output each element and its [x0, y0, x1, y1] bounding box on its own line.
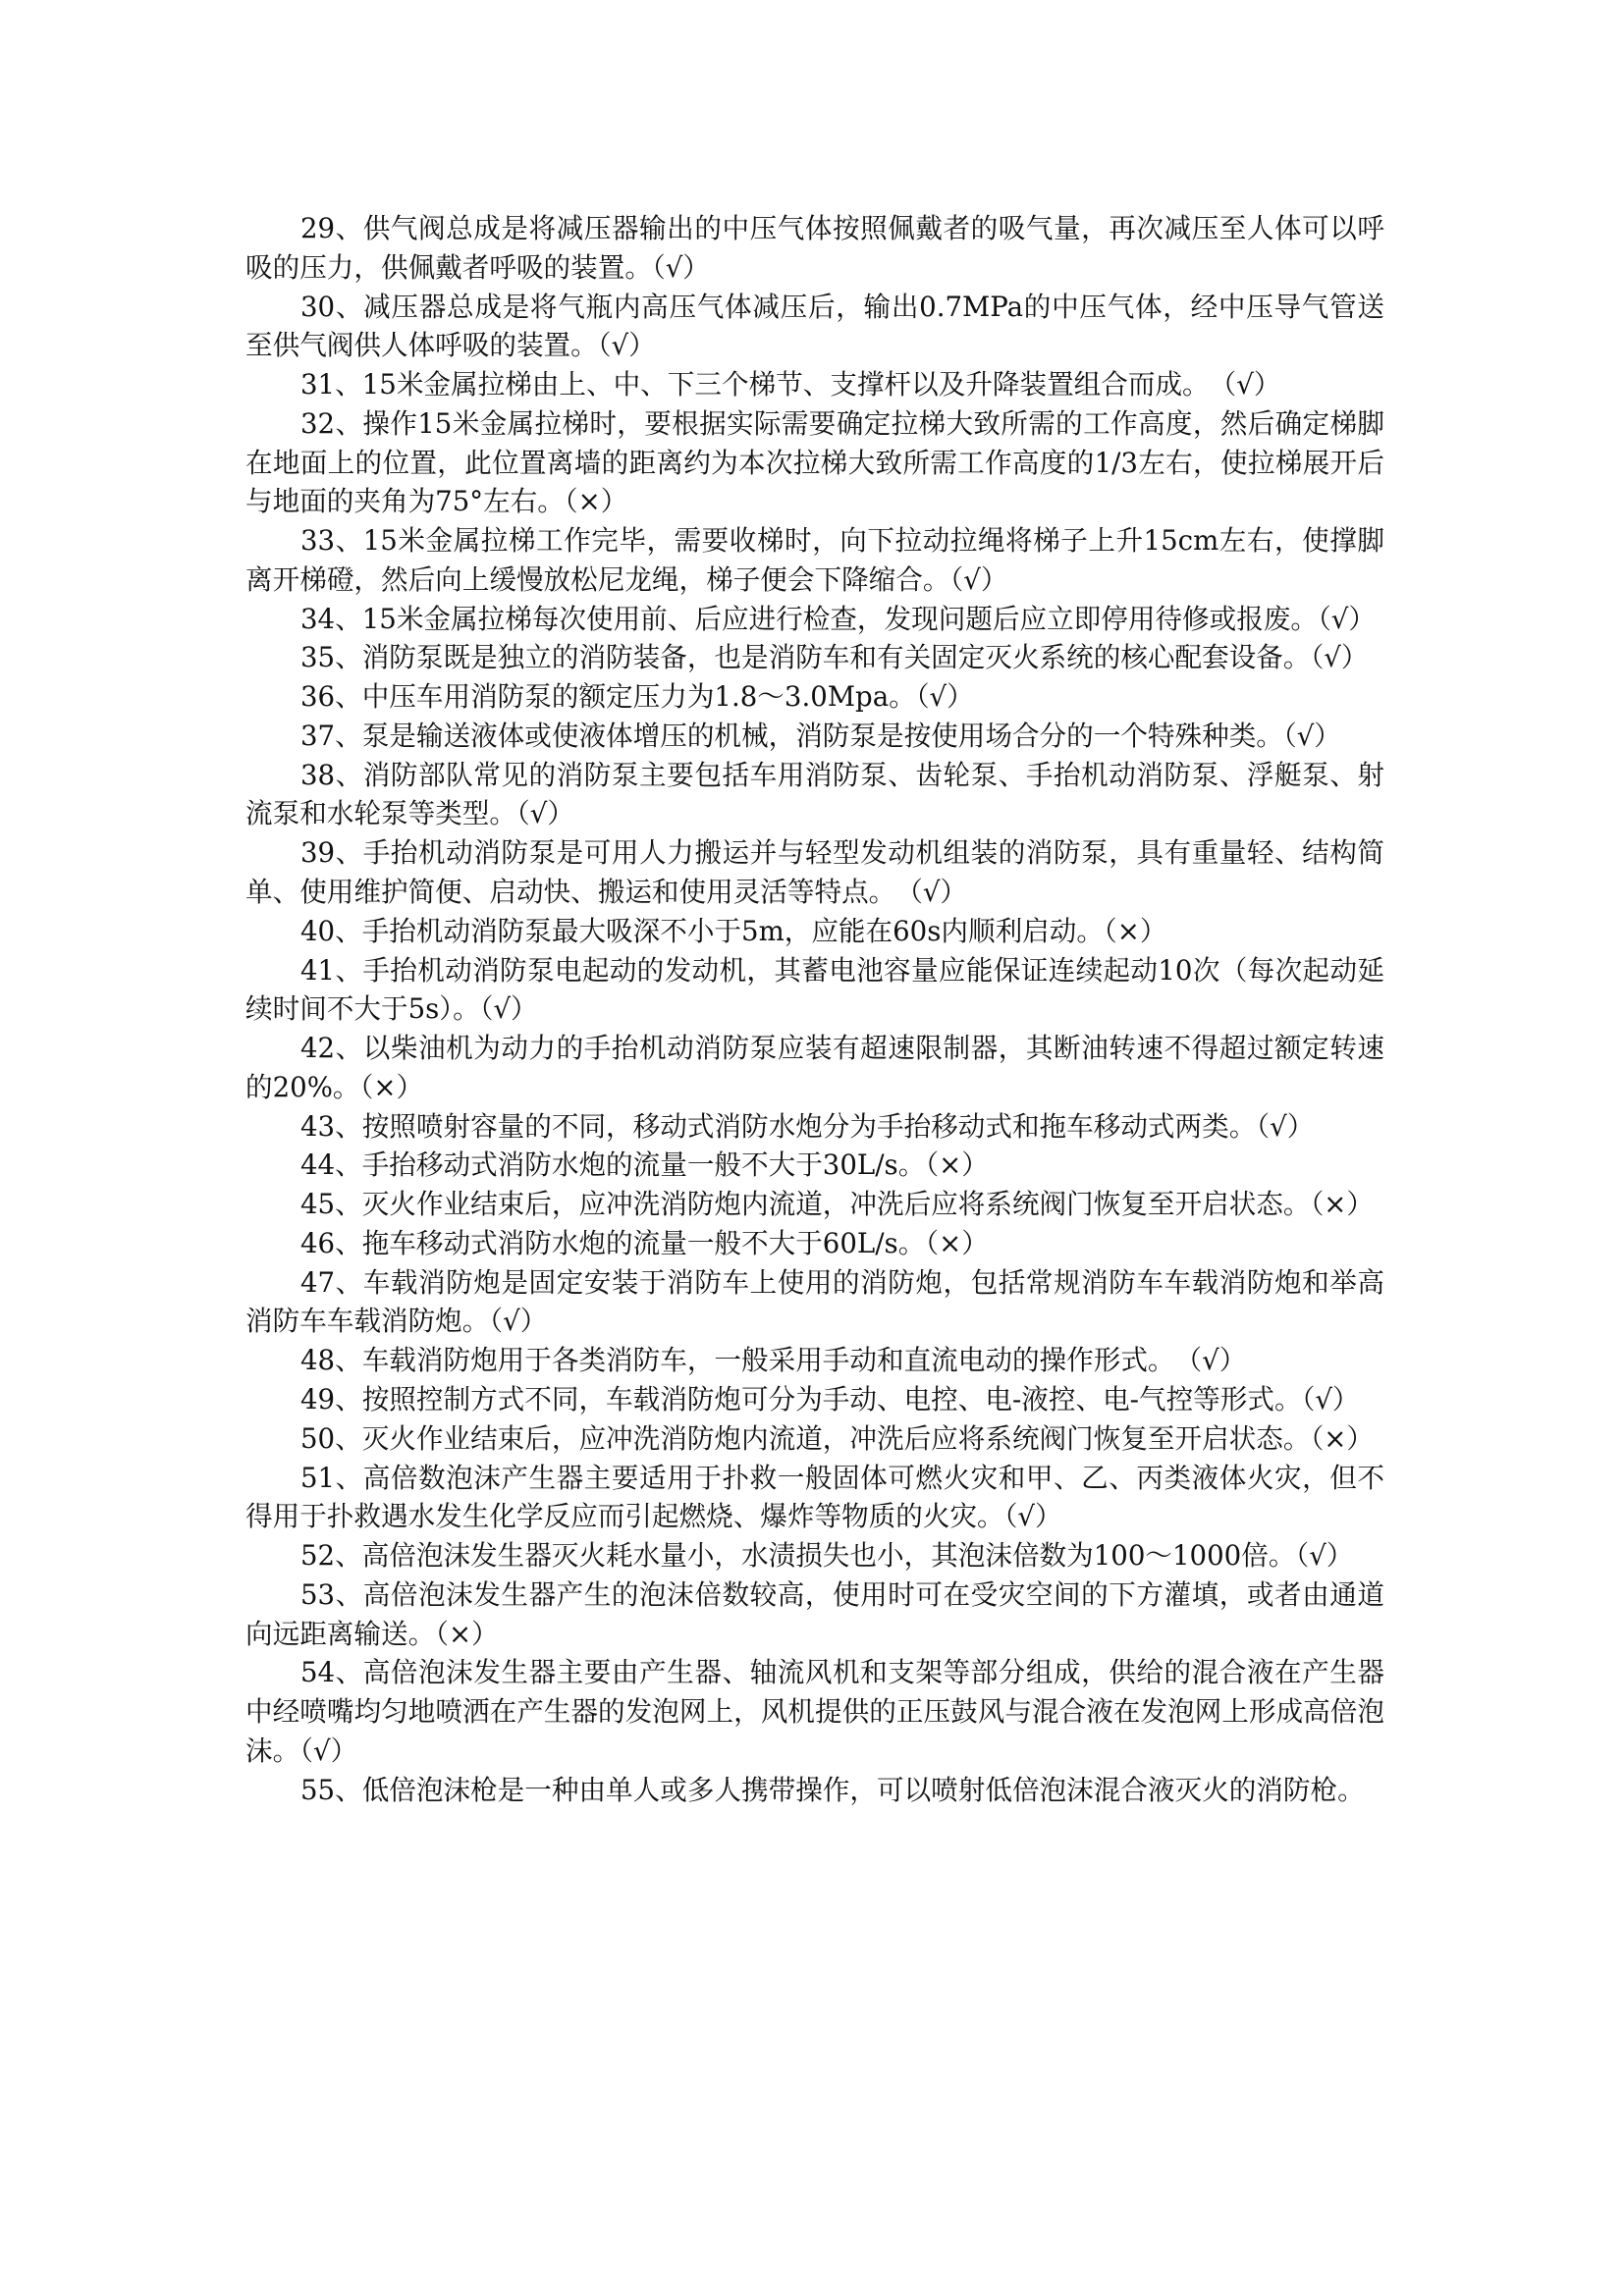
answer-mark: （√）	[1188, 1344, 1246, 1376]
answer-mark: （√）	[1295, 1539, 1353, 1572]
question-text: 38、消防部队常见的消防泵主要包括车用消防泵、齿轮泵、手抬机动消防泵、浮艇泵、射…	[245, 759, 1384, 830]
question-item-31: 31、15米金属拉梯由上、中、下三个梯节、支撑杆以及升降装置组合而成。 （√）	[245, 365, 1384, 404]
question-text: 29、供气阀总成是将减压器输出的中压气体按照佩戴者的吸气量，再次减压至人体可以呼…	[245, 212, 1384, 284]
question-item-46: 46、拖车移动式消防水炮的流量一般不大于60L/s。（×）	[245, 1224, 1384, 1263]
question-item-51: 51、高倍数泡沫产生器主要适用于扑救一般固体可燃火灾和甲、乙、丙类液体火灾，但不…	[245, 1459, 1384, 1537]
question-text: 33、15米金属拉梯工作完毕，需要收梯时，向下拉动拉绳将梯子上升15cm左右，使…	[245, 524, 1384, 596]
answer-mark: （√）	[480, 992, 538, 1025]
question-text: 54、高倍泡沫发生器主要由产生器、轴流风机和支架等部分组成，供给的混合液在产生器…	[245, 1656, 1384, 1767]
answer-mark: （×）	[1311, 1422, 1375, 1455]
question-text: 40、手抬机动消防泵最大吸深不小于5m，应能在60s内顺利启动。	[300, 915, 1104, 947]
answer-mark: （×）	[925, 1227, 989, 1259]
question-text: 55、低倍泡沫枪是一种由单人或多人携带操作，可以喷射低倍泡沫混合液灭火的消防枪。	[300, 1774, 1365, 1806]
question-item-54: 54、高倍泡沫发生器主要由产生器、轴流风机和支架等部分组成，供给的混合液在产生器…	[245, 1653, 1384, 1770]
answer-mark: （×）	[1311, 1188, 1375, 1220]
question-item-30: 30、减压器总成是将气瓶内高压气体减压后，输出0.7MPa的中压气体，经中压导气…	[245, 288, 1384, 366]
question-item-42: 42、以柴油机为动力的手抬机动消防泵应装有超速限制器，其断油转速不得超过额定转速…	[245, 1029, 1384, 1107]
question-item-55: 55、低倍泡沫枪是一种由单人或多人携带操作，可以喷射低倍泡沫混合液灭火的消防枪。	[245, 1771, 1384, 1810]
question-text: 39、手抬机动消防泵是可用人力搬运并与轻型发动机组装的消防泵，具有重量轻、结构简…	[245, 836, 1384, 908]
answer-mark: （×）	[1104, 915, 1167, 947]
question-item-43: 43、按照喷射容量的不同，移动式消防水炮分为手抬移动式和拖车移动式两类。（√）	[245, 1107, 1384, 1147]
question-text: 37、泵是输送液体或使液体增压的机械，消防泵是按使用场合分的一个特殊种类。	[300, 720, 1283, 752]
answer-mark: （√）	[299, 1735, 357, 1767]
answer-mark: （√）	[1004, 1500, 1062, 1532]
question-item-36: 36、中压车用消防泵的额定压力为1.8～3.0Mpa。（√）	[245, 677, 1384, 717]
question-item-37: 37、泵是输送液体或使液体增压的机械，消防泵是按使用场合分的一个特殊种类。（√）	[245, 717, 1384, 756]
question-item-33: 33、15米金属拉梯工作完毕，需要收梯时，向下拉动拉绳将梯子上升15cm左右，使…	[245, 521, 1384, 600]
question-item-32: 32、操作15米金属拉梯时，要根据实际需要确定拉梯大致所需的工作高度，然后确定梯…	[245, 404, 1384, 521]
question-item-44: 44、手抬移动式消防水炮的流量一般不大于30L/s。（×）	[245, 1146, 1384, 1185]
question-text: 53、高倍泡沫发生器产生的泡沫倍数较高，使用时可在受灾空间的下方灌填，或者由通道…	[245, 1578, 1384, 1650]
answer-mark: （×）	[925, 1148, 989, 1181]
question-text: 45、灭火作业结束后，应冲洗消防炮内流道，冲洗后应将系统阀门恢复至开启状态。	[300, 1188, 1311, 1220]
question-text: 52、高倍泡沫发生器灭火耗水量小，水渍损失也小，其泡沫倍数为100～1000倍。	[300, 1539, 1295, 1572]
answer-mark: （√）	[916, 680, 974, 713]
question-item-40: 40、手抬机动消防泵最大吸深不小于5m，应能在60s内顺利启动。（×）	[245, 912, 1384, 951]
question-text: 51、高倍数泡沫产生器主要适用于扑救一般固体可燃火灾和甲、乙、丙类液体火灾，但不…	[245, 1462, 1384, 1533]
answer-mark: （√）	[1222, 368, 1280, 400]
answer-mark: （×）	[360, 1071, 424, 1103]
question-text: 43、按照喷射容量的不同，移动式消防水炮分为手抬移动式和拖车移动式两类。	[300, 1110, 1256, 1143]
answer-mark: （√）	[909, 876, 967, 908]
question-text: 36、中压车用消防泵的额定压力为1.8～3.0Mpa。	[300, 680, 916, 713]
question-item-50: 50、灭火作业结束后，应冲洗消防炮内流道，冲洗后应将系统阀门恢复至开启状态。（×…	[245, 1419, 1384, 1459]
question-item-35: 35、消防泵既是独立的消防装备，也是消防车和有关固定灭火系统的核心配套设备。（√…	[245, 638, 1384, 677]
answer-mark: （√）	[598, 329, 656, 361]
question-text: 50、灭火作业结束后，应冲洗消防炮内流道，冲洗后应将系统阀门恢复至开启状态。	[300, 1422, 1311, 1455]
question-text: 46、拖车移动式消防水炮的流量一般不大于60L/s。	[300, 1227, 925, 1259]
question-item-29: 29、供气阀总成是将减压器输出的中压气体按照佩戴者的吸气量，再次减压至人体可以呼…	[245, 209, 1384, 288]
document-page: 29、供气阀总成是将减压器输出的中压气体按照佩戴者的吸气量，再次减压至人体可以呼…	[245, 209, 1384, 1809]
question-item-39: 39、手抬机动消防泵是可用人力搬运并与轻型发动机组装的消防泵，具有重量轻、结构简…	[245, 833, 1384, 912]
answer-mark: （√）	[489, 1305, 547, 1337]
question-text: 34、15米金属拉梯每次使用前、后应进行检查，发现问题后应立即停用待修或报废。	[300, 603, 1318, 635]
question-item-53: 53、高倍泡沫发生器产生的泡沫倍数较高，使用时可在受灾空间的下方灌填，或者由通道…	[245, 1575, 1384, 1654]
answer-mark: （√）	[516, 797, 574, 829]
question-item-34: 34、15米金属拉梯每次使用前、后应进行检查，发现问题后应立即停用待修或报废。（…	[245, 600, 1384, 639]
question-item-41: 41、手抬机动消防泵电起动的发动机，其蓄电池容量应能保证连续起动10次（每次起动…	[245, 951, 1384, 1030]
question-text: 44、手抬移动式消防水炮的流量一般不大于30L/s。	[300, 1148, 925, 1181]
question-item-47: 47、车载消防炮是固定安装于消防车上使用的消防炮，包括常规消防车车载消防炮和举高…	[245, 1263, 1384, 1342]
answer-mark: （×）	[435, 1618, 499, 1650]
question-text: 49、按照控制方式不同，车载消防炮可分为手动、电控、电-液控、电-气控等形式。	[300, 1383, 1302, 1415]
question-text: 30、减压器总成是将气瓶内高压气体减压后，输出0.7MPa的中压气体，经中压导气…	[245, 291, 1384, 362]
question-item-45: 45、灭火作业结束后，应冲洗消防炮内流道，冲洗后应将系统阀门恢复至开启状态。（×…	[245, 1185, 1384, 1224]
question-text: 35、消防泵既是独立的消防装备，也是消防车和有关固定灭火系统的核心配套设备。	[300, 641, 1311, 673]
question-item-48: 48、车载消防炮用于各类消防车，一般采用手动和直流电动的操作形式。 （√）	[245, 1341, 1384, 1380]
question-text: 47、车载消防炮是固定安装于消防车上使用的消防炮，包括常规消防车车载消防炮和举高…	[245, 1266, 1384, 1338]
answer-mark: （√）	[1311, 641, 1369, 673]
answer-mark: （√）	[1302, 1383, 1360, 1415]
answer-mark: （√）	[1256, 1110, 1314, 1143]
answer-mark: （×）	[565, 485, 628, 517]
answer-mark: （√）	[1318, 603, 1376, 635]
question-text: 32、操作15米金属拉梯时，要根据实际需要确定拉梯大致所需的工作高度，然后确定梯…	[245, 407, 1384, 518]
answer-mark: （√）	[652, 251, 710, 284]
answer-mark: （√）	[949, 563, 1007, 596]
answer-mark: （√）	[1283, 720, 1341, 752]
question-text: 41、手抬机动消防泵电起动的发动机，其蓄电池容量应能保证连续起动10次（每次起动…	[245, 954, 1384, 1026]
question-item-49: 49、按照控制方式不同，车载消防炮可分为手动、电控、电-液控、电-气控等形式。（…	[245, 1380, 1384, 1419]
question-text: 48、车载消防炮用于各类消防车，一般采用手动和直流电动的操作形式。	[300, 1344, 1188, 1376]
question-item-52: 52、高倍泡沫发生器灭火耗水量小，水渍损失也小，其泡沫倍数为100～1000倍。…	[245, 1536, 1384, 1575]
question-text: 31、15米金属拉梯由上、中、下三个梯节、支撑杆以及升降装置组合而成。	[300, 368, 1222, 400]
question-item-38: 38、消防部队常见的消防泵主要包括车用消防泵、齿轮泵、手抬机动消防泵、浮艇泵、射…	[245, 756, 1384, 834]
